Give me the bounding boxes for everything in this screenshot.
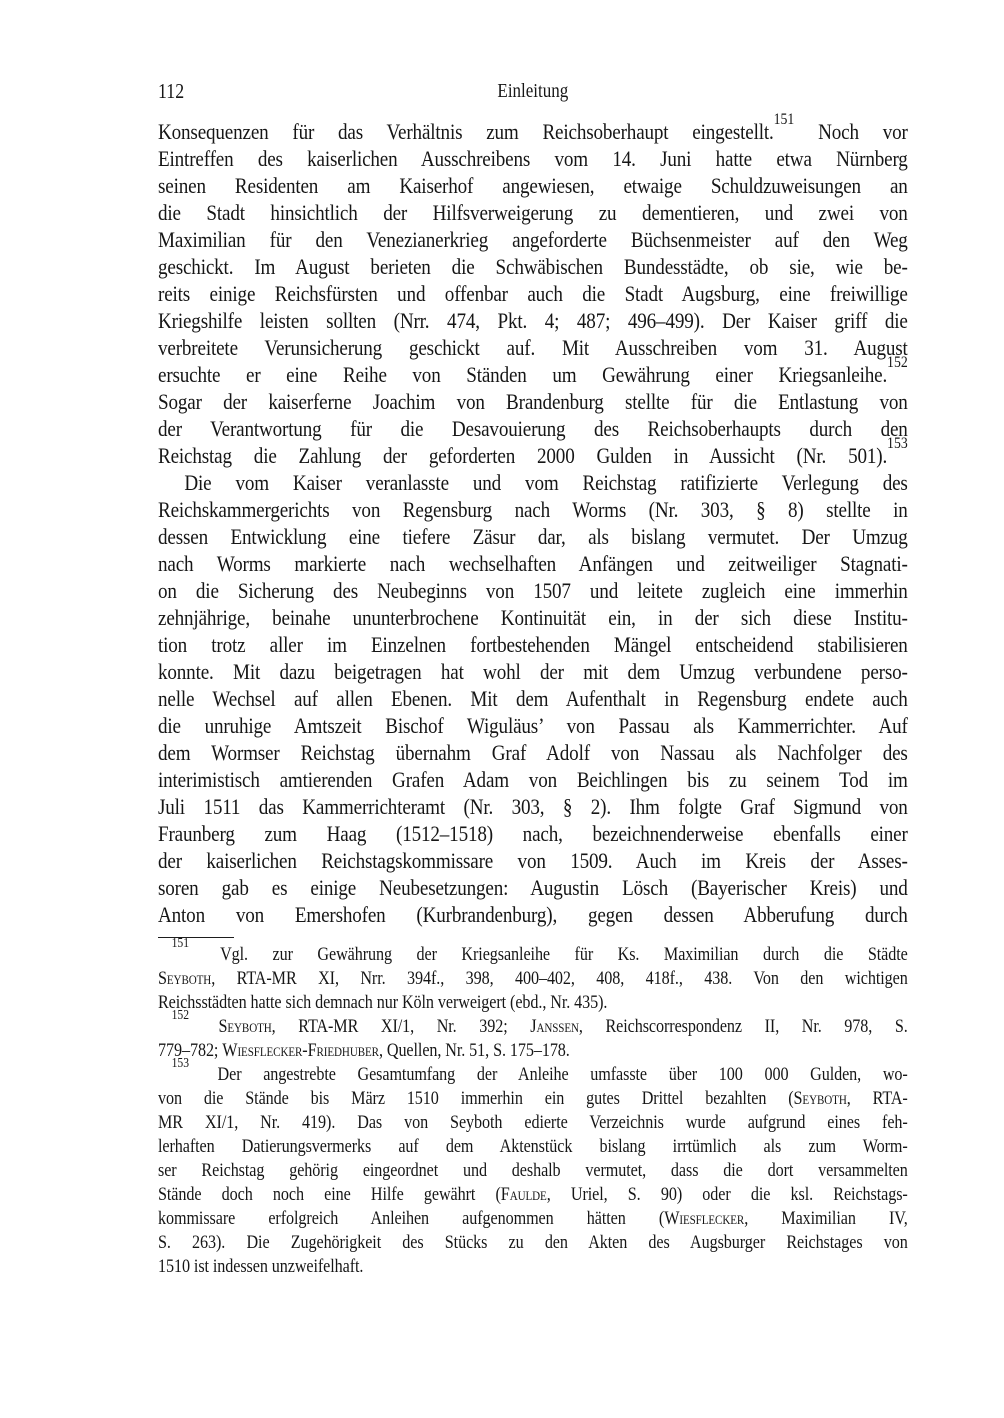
text-line: Die vom Kaiser veranlasste und vom Reich…: [158, 469, 908, 496]
footnote-line: Reichsstädten hatte sich demnach nur Köl…: [158, 991, 908, 1015]
footnote-line: 153 Der angestrebte Gesamtumfang der Anl…: [158, 1063, 908, 1087]
smallcaps-citation: Janssen: [530, 1016, 579, 1037]
footnote-ref: 151: [172, 935, 189, 950]
footnote-line: Seyboth, RTA-MR XI, Nrr. 394f., 398, 400…: [158, 967, 908, 991]
book-page: 112 Einleitung Konsequenzen für das Verh…: [0, 0, 1004, 1418]
footnote-ref: 153: [172, 1055, 189, 1070]
smallcaps-citation: Seyboth: [218, 1016, 271, 1037]
text-line: dessen Entwicklung eine tiefere Zäsur da…: [158, 523, 908, 550]
text-line: seinen Residenten am Kaiserhof angewiese…: [158, 172, 908, 199]
text-line: reits einige Reichsfürsten und offenbar …: [158, 280, 908, 307]
text-line: konnte. Mit dazu beigetragen hat wohl de…: [158, 658, 908, 685]
footnote-line: 152 Seyboth, RTA-MR XI/1, Nr. 392; Janss…: [158, 1015, 908, 1039]
smallcaps-citation: Wiesflecker: [664, 1208, 744, 1229]
text-line: verbreitete Verunsicherung geschickt auf…: [158, 334, 908, 361]
smallcaps-citation: Faulde: [501, 1184, 547, 1205]
text-line: Eintreffen des kaiserlichen Ausschreiben…: [158, 145, 908, 172]
text-line: zehnjährige, beinahe ununterbrochene Kon…: [158, 604, 908, 631]
text-line: Juli 1511 das Kammerrichteramt (Nr. 303,…: [158, 793, 908, 820]
text-line: Anton von Emershofen (Kurbrandenburg), g…: [158, 901, 908, 928]
text-line: Fraunberg zum Haag (1512–1518) nach, bez…: [158, 820, 908, 847]
text-line: soren gab es einige Neubesetzungen: Augu…: [158, 874, 908, 901]
text-line: Kriegshilfe leisten sollten (Nrr. 474, P…: [158, 307, 908, 334]
text-line: interimistisch amtierenden Grafen Adam v…: [158, 766, 908, 793]
footnote-153: 153 Der angestrebte Gesamtumfang der Anl…: [158, 1063, 908, 1279]
footnote-line: ser Reichstag gehörig eingeordnet und de…: [158, 1159, 908, 1183]
text-line: Reichskammergerichts von Regensburg nach…: [158, 496, 908, 523]
text-line: nach Worms markierte nach wechselhaften …: [158, 550, 908, 577]
text-line: Maximilian für den Venezianerkrieg angef…: [158, 226, 908, 253]
footnote-ref: 153: [887, 434, 908, 452]
text-line: die Stadt hinsichtlich der Hilfsverweige…: [158, 199, 908, 226]
footnote-line: S. 263). Die Zugehörigkeit des Stücks zu…: [158, 1231, 908, 1255]
text-line: die unruhige Amtszeit Bischof Wiguläus’ …: [158, 712, 908, 739]
footnote-line: von die Stände bis März 1510 immerhin ei…: [158, 1087, 908, 1111]
footnote-line: lerhaften Datierungsvermerks auf dem Akt…: [158, 1135, 908, 1159]
text-line: on die Sicherung des Neubeginns von 1507…: [158, 577, 908, 604]
text-line: Konsequenzen für das Verhältnis zum Reic…: [158, 118, 908, 145]
text-column: 112 Einleitung Konsequenzen für das Verh…: [158, 78, 908, 1279]
text-line: ersuchte er eine Reihe von Ständen um Ge…: [158, 361, 908, 388]
smallcaps-citation: Wiesflecker-Friedhuber: [222, 1040, 379, 1061]
running-title: Einleitung: [158, 78, 908, 105]
footnote-ref: 151: [774, 110, 795, 128]
footnote-ref: 152: [887, 353, 908, 371]
footnote-separator: [158, 937, 234, 938]
smallcaps-citation: Seyboth: [158, 968, 211, 989]
footnote-line: 151 Vgl. zur Gewährung der Kriegsanleihe…: [158, 943, 908, 967]
footnote-151: 151 Vgl. zur Gewährung der Kriegsanleihe…: [158, 943, 908, 1015]
smallcaps-citation: Seyboth: [794, 1088, 847, 1109]
text-line: Reichstag die Zahlung der geforderten 20…: [158, 442, 908, 469]
text-line: dem Wormser Reichstag übernahm Graf Adol…: [158, 739, 908, 766]
footnote-line: Stände doch noch eine Hilfe gewährt (Fau…: [158, 1183, 908, 1207]
body-text: Konsequenzen für das Verhältnis zum Reic…: [158, 118, 908, 928]
footnote-152: 152 Seyboth, RTA-MR XI/1, Nr. 392; Janss…: [158, 1015, 908, 1063]
text-line: der kaiserlichen Reichstagskommissare vo…: [158, 847, 908, 874]
text-line: geschickt. Im August berieten die Schwäb…: [158, 253, 908, 280]
text-line: nelle Wechsel auf allen Ebenen. Mit dem …: [158, 685, 908, 712]
footnote-line: 1510 ist indessen unzweifelhaft.: [158, 1255, 908, 1279]
footnote-line: kommissare erfolgreich Anleihen aufgenom…: [158, 1207, 908, 1231]
footnote-line: 779–782; Wiesflecker-Friedhuber, Quellen…: [158, 1039, 908, 1063]
text-line: Sogar der kaiserferne Joachim von Brande…: [158, 388, 908, 415]
page-header: 112 Einleitung: [158, 78, 908, 105]
footnotes: 151 Vgl. zur Gewährung der Kriegsanleihe…: [158, 943, 908, 1279]
paragraph-1: Konsequenzen für das Verhältnis zum Reic…: [158, 118, 908, 469]
footnote-line: MR XI/1, Nr. 419). Das von Seyboth edier…: [158, 1111, 908, 1135]
footnote-ref: 152: [172, 1007, 189, 1022]
paragraph-2: Die vom Kaiser veranlasste und vom Reich…: [158, 469, 908, 928]
text-line: tion trotz aller im Einzelnen fortbesteh…: [158, 631, 908, 658]
text-line: der Verantwortung für die Desavouierung …: [158, 415, 908, 442]
